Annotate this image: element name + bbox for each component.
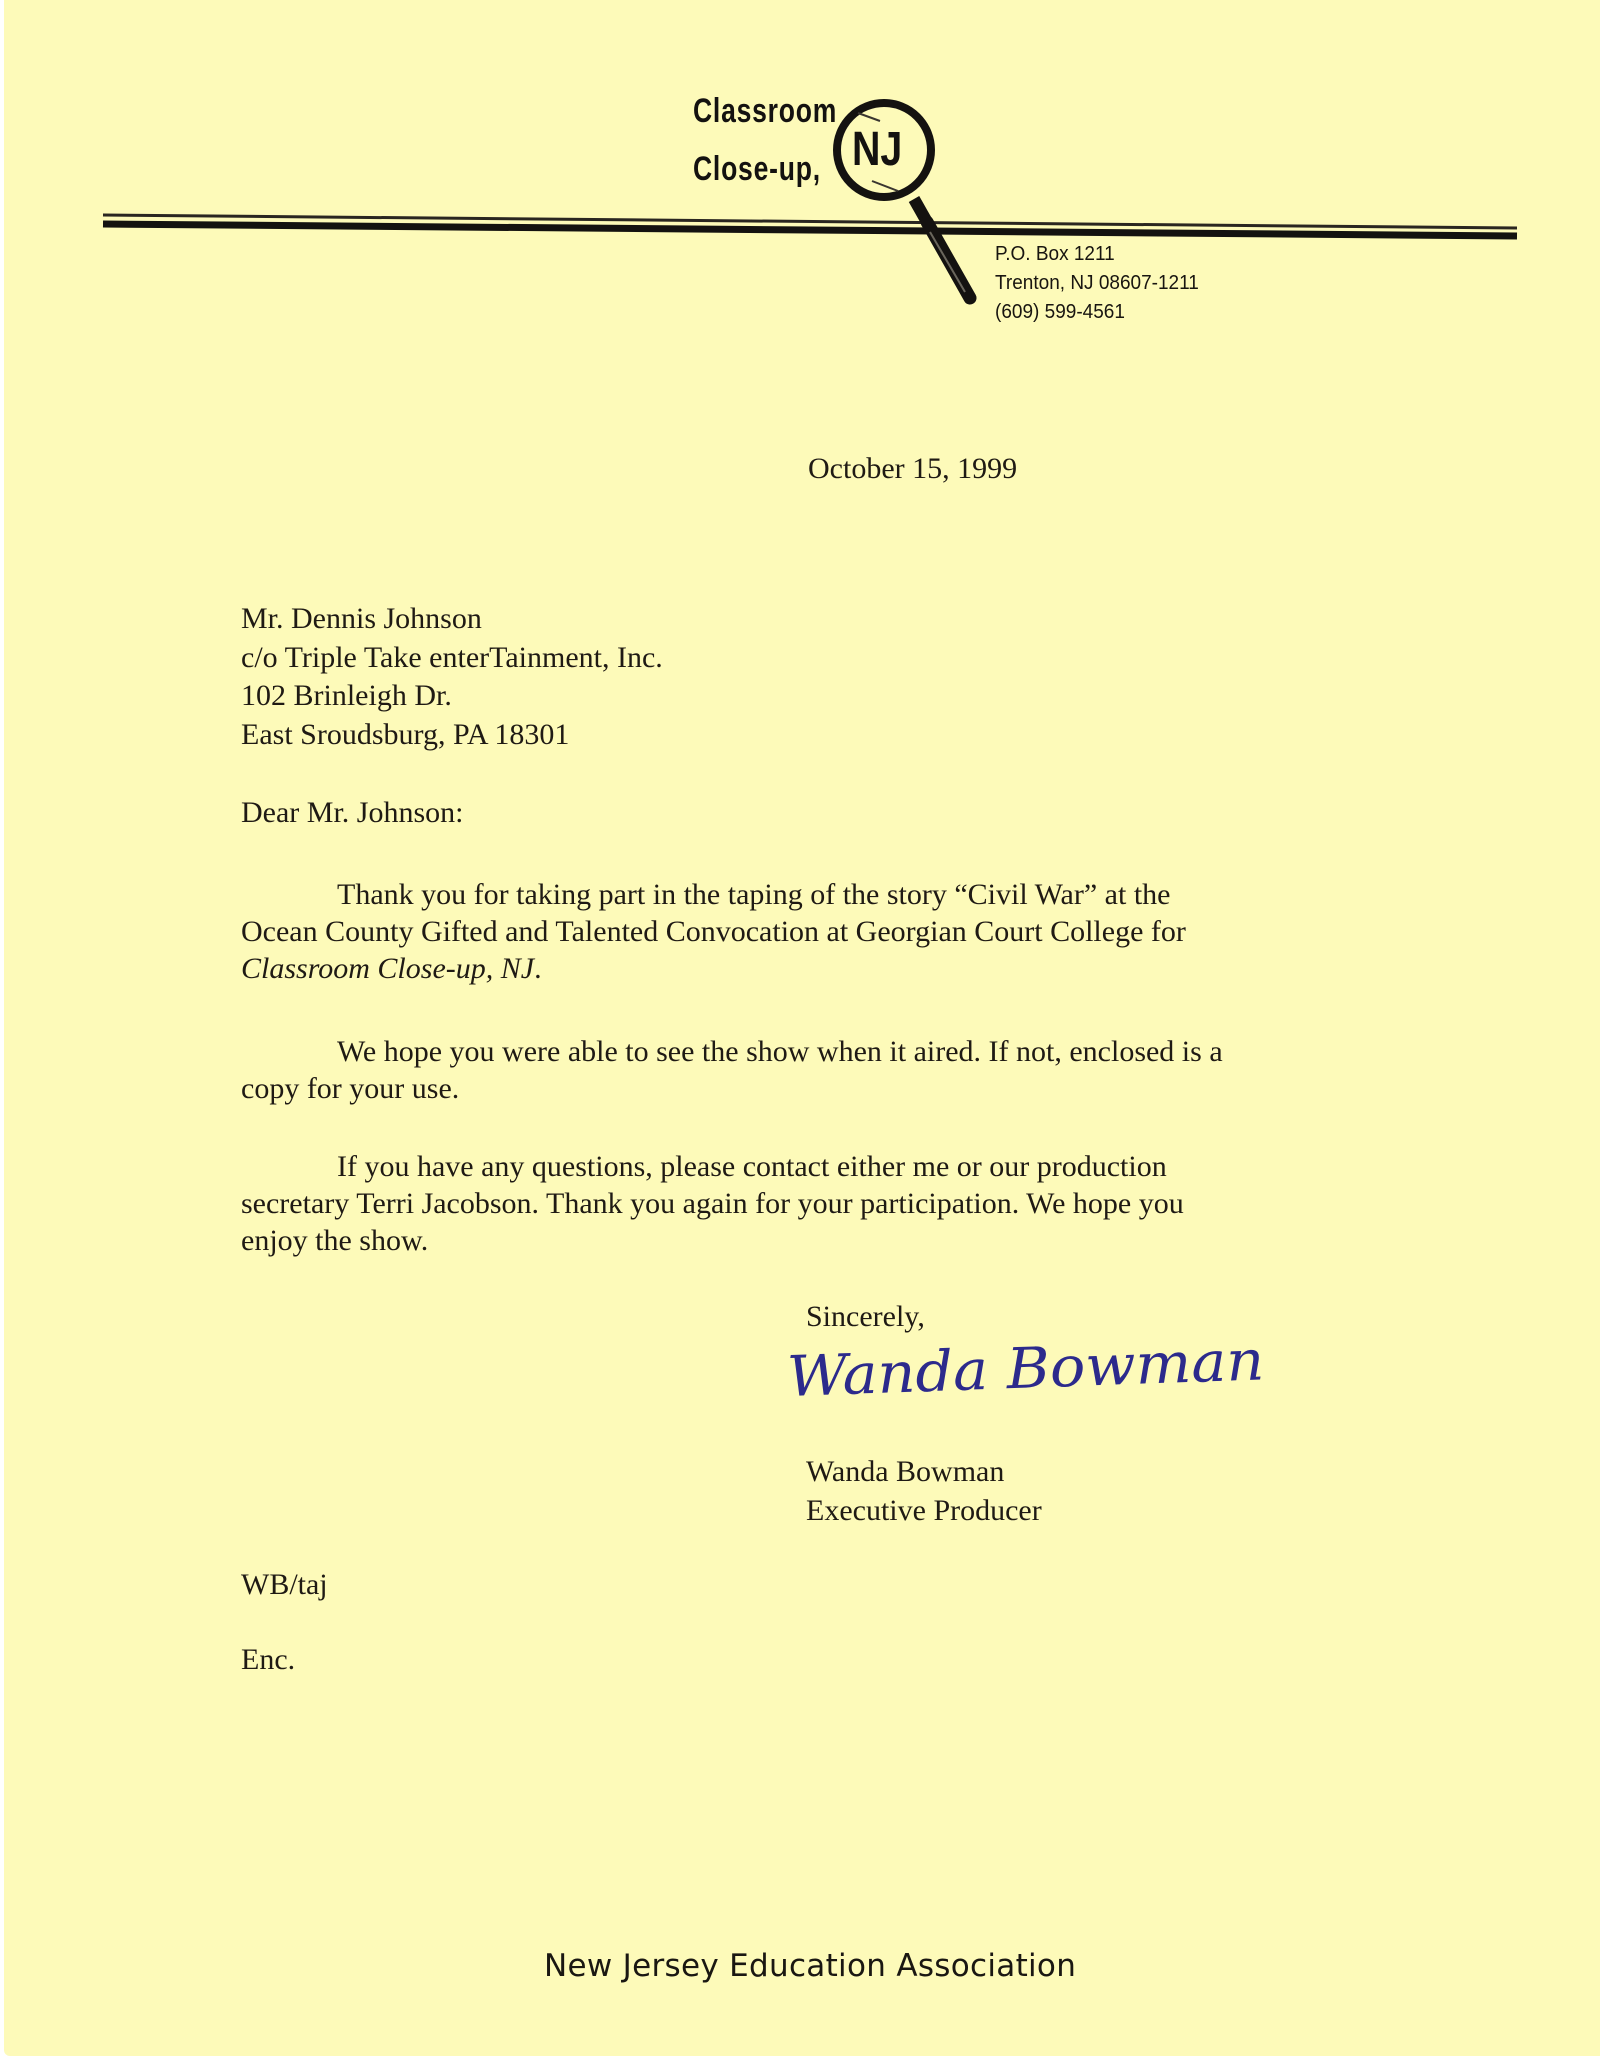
- phone-number: (609) 599-4561: [995, 298, 1199, 327]
- paragraph-line: If you have any questions, please contac…: [241, 1148, 1371, 1185]
- recipient-company: c/o Triple Take enterTainment, Inc.: [241, 639, 663, 678]
- recipient-name: Mr. Dennis Johnson: [241, 600, 663, 639]
- body-paragraph-2: We hope you were able to see the show wh…: [241, 1033, 1371, 1107]
- body-paragraph-3: If you have any questions, please contac…: [241, 1148, 1371, 1259]
- paragraph-line: Classroom Close-up, NJ.: [241, 950, 1371, 987]
- city-state-zip: Trenton, NJ 08607-1211: [995, 269, 1199, 298]
- footer-organization: New Jersey Education Association: [544, 1948, 1076, 1984]
- reference-initials: WB/taj: [241, 1566, 328, 1604]
- paragraph-line: Thank you for taking part in the taping …: [241, 876, 1371, 913]
- paragraph-line: secretary Terri Jacobson. Thank you agai…: [241, 1185, 1371, 1222]
- recipient-city: East Sroudsburg, PA 18301: [241, 716, 663, 755]
- paragraph-line: We hope you were able to see the show wh…: [241, 1033, 1371, 1070]
- logo-badge-nj: NJ: [852, 122, 902, 177]
- paragraph-line: copy for your use.: [241, 1070, 1371, 1107]
- closing: Sincerely,: [806, 1298, 925, 1336]
- po-box: P.O. Box 1211: [995, 240, 1199, 269]
- signer-title: Executive Producer: [806, 1492, 1042, 1531]
- letterhead-graphic: [0, 0, 1600, 330]
- signer-name: Wanda Bowman: [806, 1453, 1042, 1492]
- letter-date: October 15, 1999: [808, 450, 1017, 488]
- signer-block: Wanda Bowman Executive Producer: [806, 1453, 1042, 1530]
- enclosure-notation: Enc.: [241, 1641, 295, 1679]
- paragraph-line: enjoy the show.: [241, 1222, 1371, 1259]
- salutation: Dear Mr. Johnson:: [241, 794, 463, 832]
- body-paragraph-1: Thank you for taking part in the taping …: [241, 876, 1371, 987]
- letterhead-rule: [103, 215, 1517, 236]
- program-title: Classroom Close-up, NJ: [241, 952, 534, 985]
- recipient-address: Mr. Dennis Johnson c/o Triple Take enter…: [241, 600, 663, 754]
- paragraph-line: Ocean County Gifted and Talented Convoca…: [241, 913, 1371, 950]
- letterhead-address: P.O. Box 1211 Trenton, NJ 08607-1211 (60…: [995, 240, 1199, 327]
- recipient-street: 102 Brinleigh Dr.: [241, 677, 663, 716]
